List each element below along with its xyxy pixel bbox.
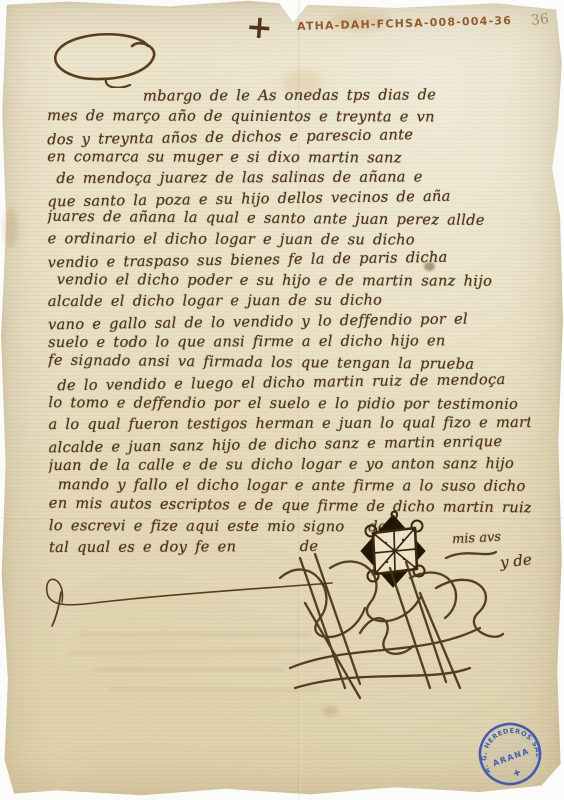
manuscript-line: vendio el dicho poder e su hijo e de mar… [57,270,530,292]
manuscript-line: en comarca su muger e si dixo martin san… [47,147,529,169]
rubric-signature-scribbles [268,546,508,711]
manuscript-line: en mis autos escriptos e de que firme de… [49,494,531,519]
manuscript-text-block: mbargo de le As onedas tps dias demes de… [47,85,531,559]
manuscript-line: mbargo de le As onedas tps dias de [47,85,529,108]
calligraphic-initial-flourish [44,26,174,88]
folio-number: 36 [530,11,549,29]
manuscript-line: lo tomo e deffendio por el suelo e lo pi… [48,393,530,415]
manuscript-line: juares de añana la qual e santo ante jua… [47,207,529,232]
invocation-cross-mark: + [245,7,274,47]
verso-showthrough-line [95,668,285,671]
verso-showthrough-line [80,633,310,636]
margin-word: mis avs [452,530,502,548]
